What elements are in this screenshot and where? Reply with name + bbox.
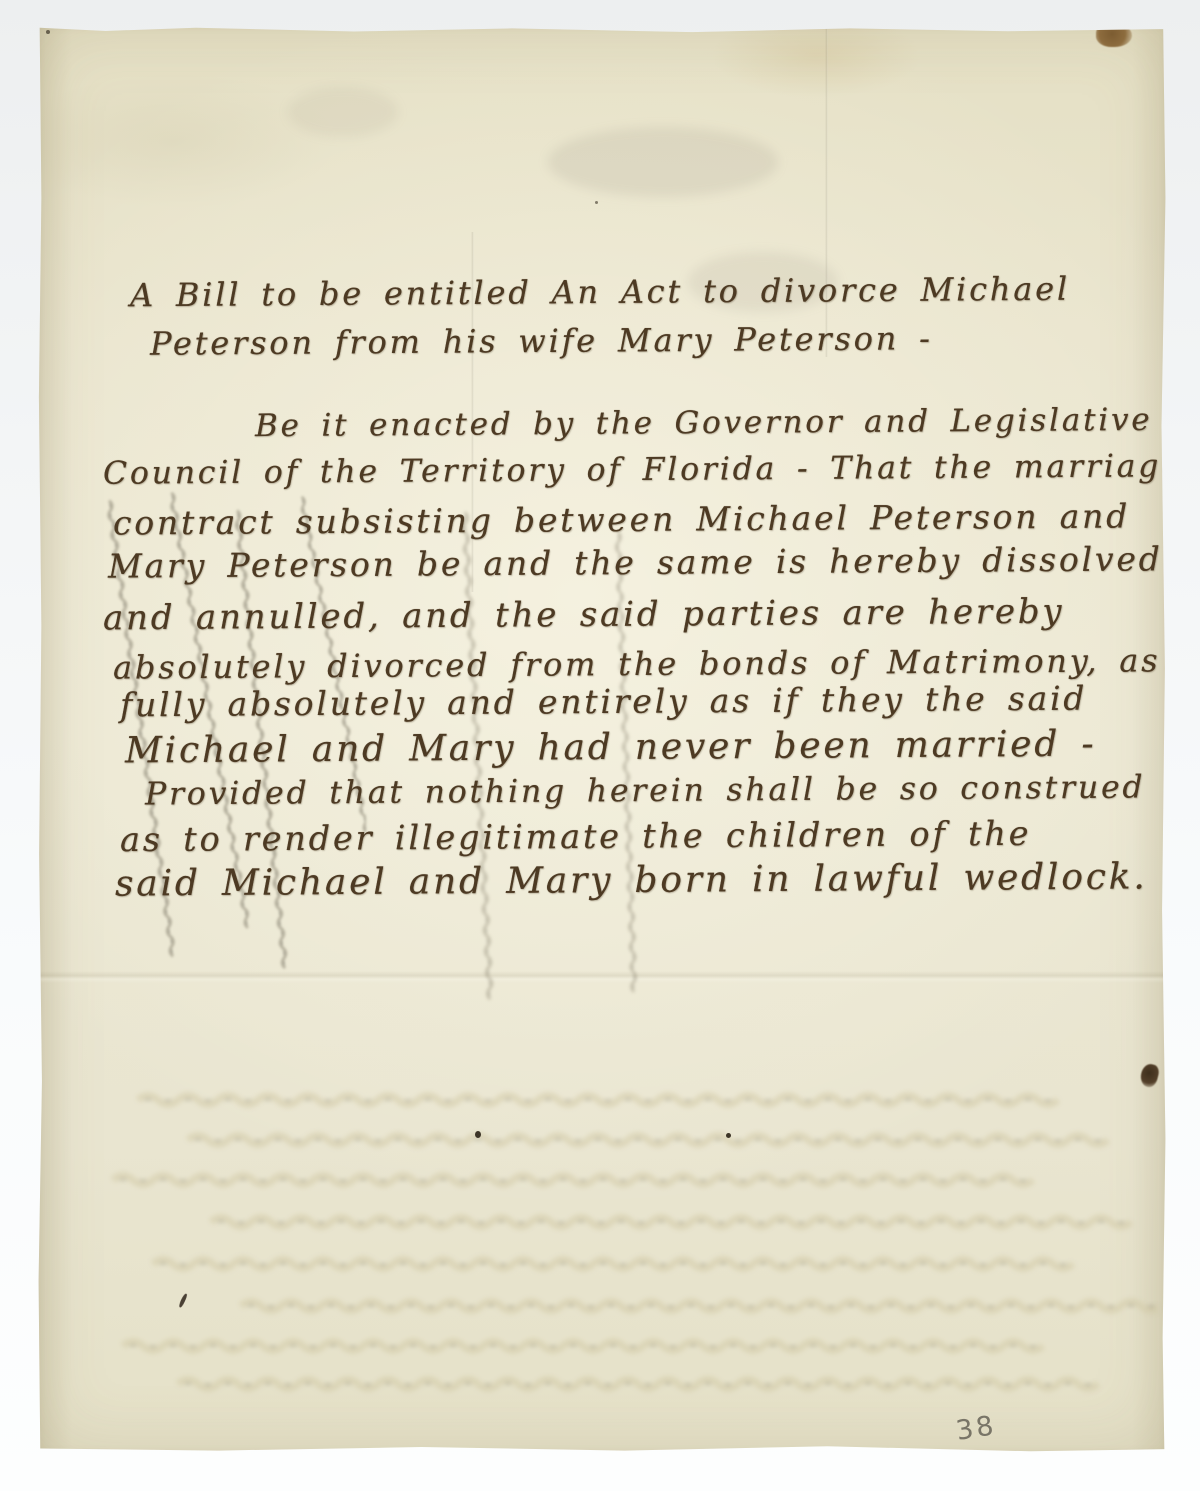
smudge bbox=[288, 87, 398, 137]
manuscript-line: Council of the Territory of Florida - Th… bbox=[103, 448, 1183, 492]
title-line: A Bill to be entitled An Act to divorce … bbox=[130, 270, 1070, 315]
page-number-pencil: 38 bbox=[954, 1410, 999, 1447]
bleedthrough-text-bottom bbox=[93, 1052, 1158, 1412]
ink-stain-top-right bbox=[1096, 23, 1132, 47]
manuscript-line: Mary Peterson be and the same is hereby … bbox=[108, 539, 1163, 585]
manuscript-line: Be it enacted by the Governor and Legisl… bbox=[255, 402, 1153, 444]
title-line: Peterson from his wife Mary Peterson - bbox=[150, 319, 933, 362]
fly-speck bbox=[595, 201, 598, 204]
manuscript-page: A Bill to be entitled An Act to divorce … bbox=[38, 27, 1166, 1452]
smudge bbox=[548, 127, 778, 197]
fly-speck bbox=[46, 30, 50, 34]
photo-backdrop: A Bill to be entitled An Act to divorce … bbox=[0, 0, 1200, 1491]
fly-speck bbox=[726, 1133, 731, 1138]
manuscript-line: and annulled, and the said parties are h… bbox=[103, 592, 1065, 639]
manuscript-line: contract subsisting between Michael Pete… bbox=[113, 496, 1130, 542]
manuscript-line: fully absolutely and entirely as if they… bbox=[120, 679, 1088, 725]
manuscript-line: as to render illegitimate the children o… bbox=[120, 814, 1032, 859]
manuscript-line: Provided that nothing herein shall be so… bbox=[145, 770, 1146, 813]
manuscript-line: said Michael and Mary born in lawful wed… bbox=[115, 856, 1148, 904]
fly-speck bbox=[475, 1131, 481, 1138]
manuscript-line: Michael and Mary had never been married … bbox=[125, 724, 1097, 772]
